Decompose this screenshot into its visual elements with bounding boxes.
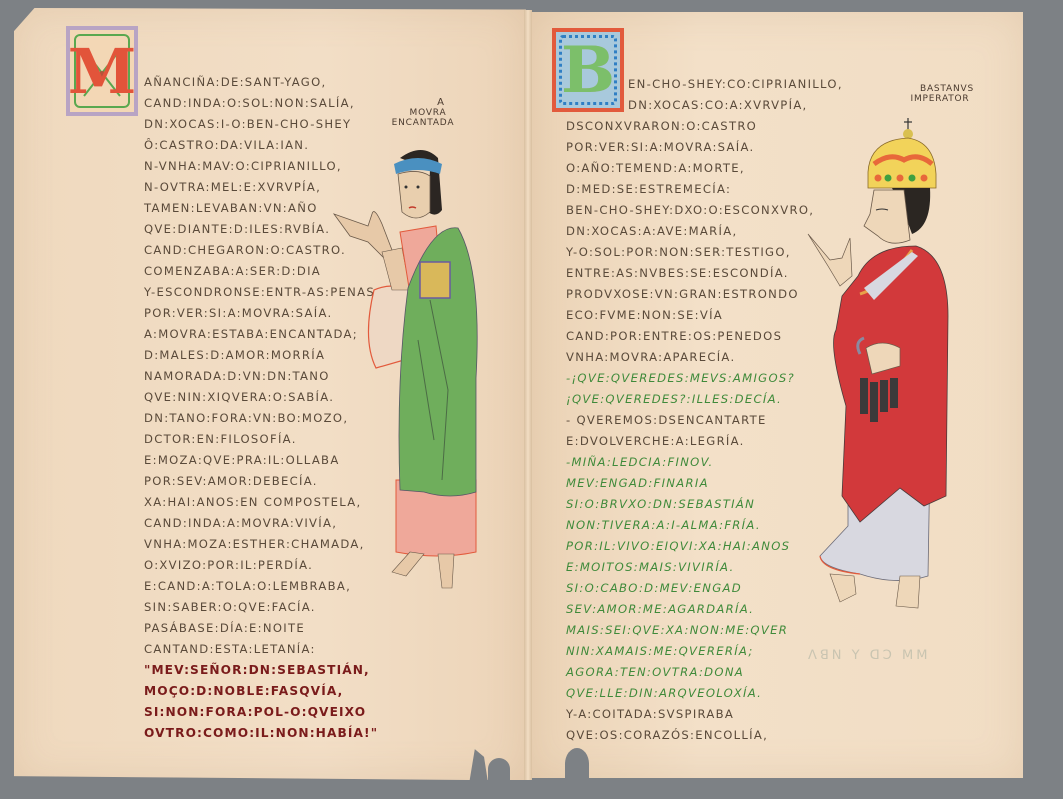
caption-line: ENCANTADA xyxy=(388,118,458,128)
right-poem-text: DSCONXVRARON:O:CASTRO POR:VER:SI:A:MOVRA… xyxy=(566,116,814,746)
moura-figure-illustration xyxy=(330,140,500,600)
poem-line-litany: "MEV:SEÑOR:DN:SEBASTIÁN, xyxy=(144,660,378,681)
figure-caption-moura: A MOVRA ENCANTADA xyxy=(388,98,458,128)
book-gutter xyxy=(524,10,532,780)
poem-line-dialogue: MAIS:SEI:QVE:XA:NON:ME:QVER xyxy=(566,620,814,641)
poem-line: CANTAND:ESTA:LETANÍA: xyxy=(144,639,378,660)
poem-line-litany: OVTRO:COMO:IL:NON:HABÍA!" xyxy=(144,723,378,744)
poem-line-dialogue: ¡QVE:QVEREDES?:ILLES:DECÍA. xyxy=(566,389,814,410)
paper-tear xyxy=(565,748,589,780)
poem-line: Y-A:COITADA:SVSPIRABA xyxy=(566,704,814,725)
poem-line: DSCONXVRARON:O:CASTRO xyxy=(566,116,814,137)
poem-line: - QVEREMOS:DSENCANTARTE xyxy=(566,410,814,431)
poem-line-dialogue: NON:TIVERA:A:I-ALMA:FRÍA. xyxy=(566,515,814,536)
poem-line-dialogue: NIN:XAMAIS:ME:QVERERÍA; xyxy=(566,641,814,662)
poem-line: O:AÑO:TEMEND:A:MORTE, xyxy=(566,158,814,179)
poem-line-dialogue: POR:IL:VIVO:EIQVI:XA:HAI:ANOS xyxy=(566,536,814,557)
initial-letter: M xyxy=(68,35,137,108)
poem-line: PASÁBASE:DÍA:E:NOITE xyxy=(144,618,378,639)
faint-paper-watermark: ꓥꓭꓠ ꓬ ꓷꓛ ꓟꓟ xyxy=(808,648,930,663)
poem-line: D:MED:SE:ESTREMECÍA: xyxy=(566,179,814,200)
poem-line: QVE:OS:CORAZÓS:ENCOLLÍA, xyxy=(566,725,814,746)
poem-line: DN:XOCAS:A:AVE:MARÍA, xyxy=(566,221,814,242)
poem-line: SIN:SABER:O:QVE:FACÍA. xyxy=(144,597,378,618)
poem-line-dialogue: QVE:LLE:DIN:ARQVEOLOXÍA. xyxy=(566,683,814,704)
poem-line-dialogue: MEV:ENGAD:FINARIA xyxy=(566,473,814,494)
caption-line: IMPERATOR xyxy=(900,94,980,104)
initial-letter: B xyxy=(561,33,615,108)
poem-line-litany: SI:NON:FORA:POL-O:QVEIXO xyxy=(144,702,378,723)
caption-line: MOVRA xyxy=(388,108,458,118)
poem-line-litany: MOÇO:D:NOBLE:FASQVÍA, xyxy=(144,681,378,702)
poem-line: BEN-CHO-SHEY:DXO:O:ESCONXVRO, xyxy=(566,200,814,221)
right-poem-text-head: EN-CHO-SHEY:CO:CIPRIANILLO, DN:XOCAS:CO:… xyxy=(628,74,843,116)
poem-line: Y-O:SOL:POR:NON:SER:TESTIGO, xyxy=(566,242,814,263)
poem-line-dialogue: -MIÑA:LEDCIA:FINOV. xyxy=(566,452,814,473)
figure-caption-bastanus: BASTANVS IMPERATOR xyxy=(900,84,980,104)
poem-line-dialogue: SI:O:CABO:D:MEV:ENGAD xyxy=(566,578,814,599)
poem-line: E:DVOLVERCHE:A:LEGRÍA. xyxy=(566,431,814,452)
poem-line: AÑANCIÑA:DE:SANT-YAGO, xyxy=(144,72,378,93)
bastanus-figure-illustration xyxy=(800,116,960,616)
poem-line-dialogue: -¡QVE:QVEREDES:MEVS:AMIGOS? xyxy=(566,368,814,389)
paper-tear xyxy=(488,758,510,780)
poem-line: POR:VER:SI:A:MOVRA:SAÍA. xyxy=(566,137,814,158)
poem-line: EN-CHO-SHEY:CO:CIPRIANILLO, xyxy=(628,74,843,95)
poem-line: PRODVXOSE:VN:GRAN:ESTRONDO xyxy=(566,284,814,305)
illuminated-initial-b: B xyxy=(552,28,624,112)
poem-line-dialogue: SEV:AMOR:ME:AGARDARÍA. xyxy=(566,599,814,620)
illuminated-initial-m: M xyxy=(66,26,138,116)
caption-line: BASTANVS xyxy=(900,84,980,94)
poem-line-dialogue: SI:O:BRVXO:DN:SEBASTIÁN xyxy=(566,494,814,515)
poem-line: VNHA:MOVRA:APARECÍA. xyxy=(566,347,814,368)
poem-line: ECO:FVME:NON:SE:VÍA xyxy=(566,305,814,326)
poem-line: DN:XOCAS:CO:A:XVRVPÍA, xyxy=(628,95,843,116)
poem-line: DN:XOCAS:I-O:BEN-CHO-SHEY xyxy=(144,114,378,135)
caption-line: A xyxy=(388,98,458,108)
poem-line-dialogue: AGORA:TEN:OVTRA:DONA xyxy=(566,662,814,683)
poem-line: ENTRE:AS:NVBES:SE:ESCONDÍA. xyxy=(566,263,814,284)
poem-line: CAND:POR:ENTRE:OS:PENEDOS xyxy=(566,326,814,347)
poem-line-dialogue: E:MOITOS:MAIS:VIVIRÍA. xyxy=(566,557,814,578)
poem-line: CAND:INDA:O:SOL:NON:SALÍA, xyxy=(144,93,378,114)
